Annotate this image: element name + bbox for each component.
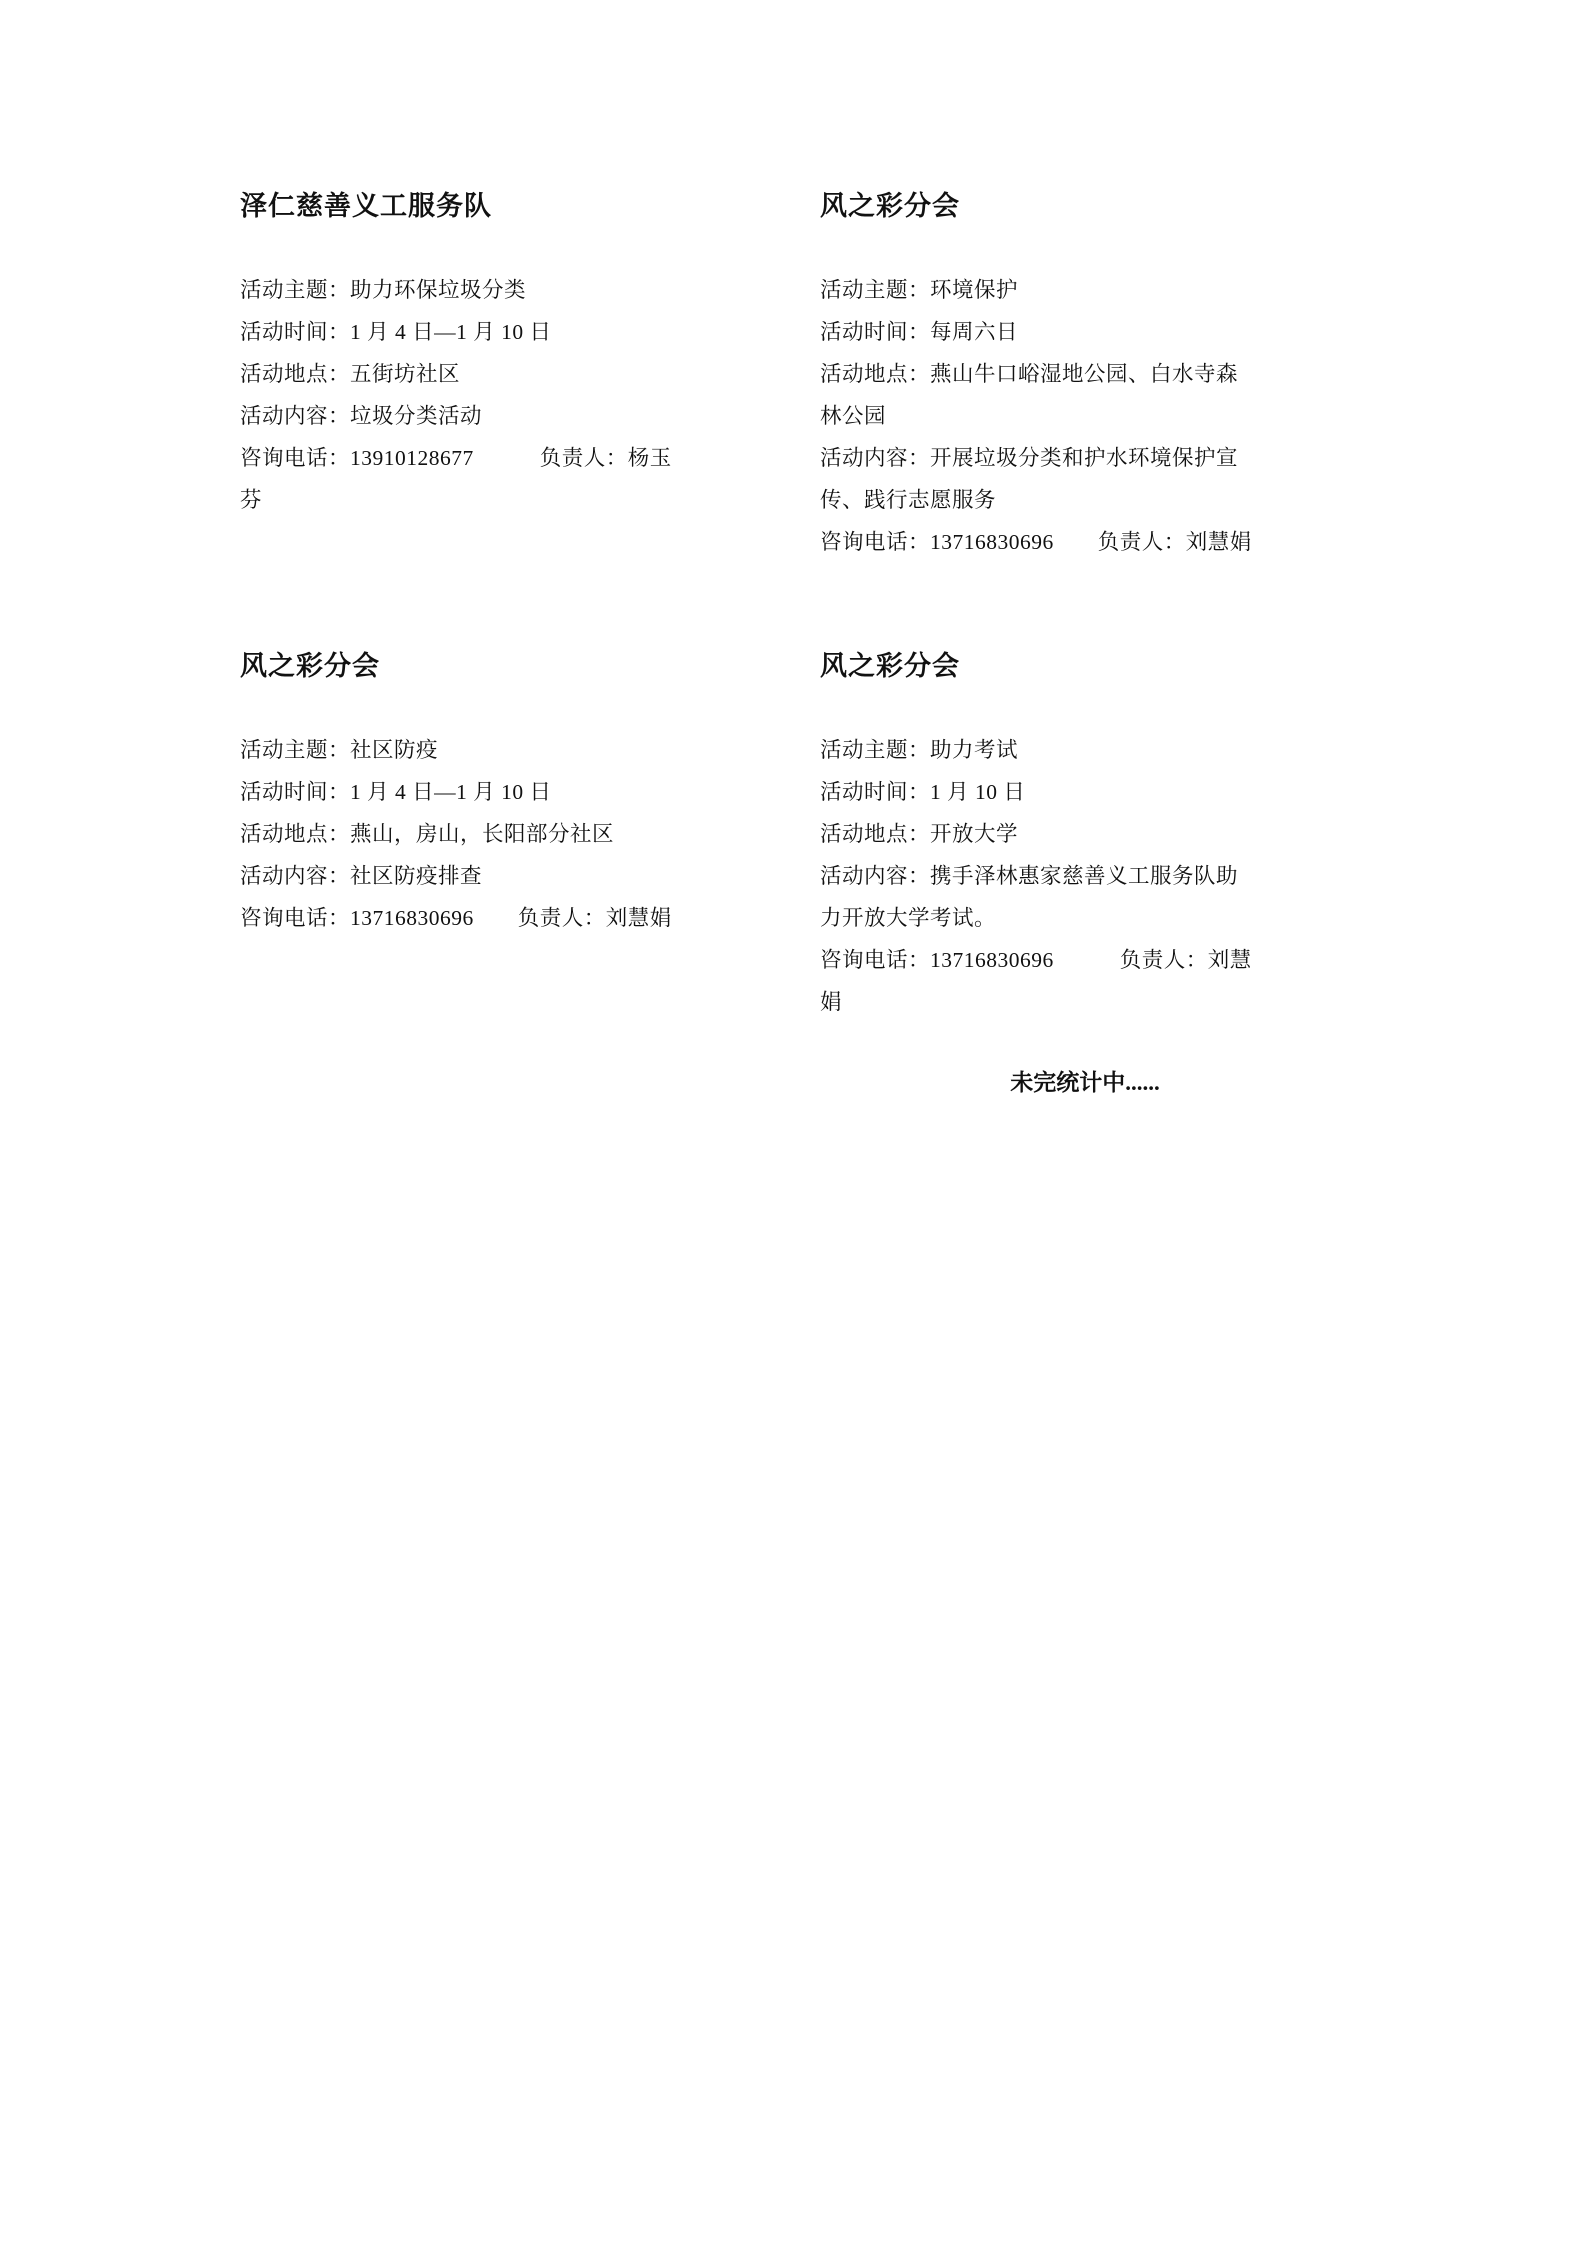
blank-line	[820, 227, 1355, 269]
section-line: 咨询电话：13910128677 负责人：杨玉	[240, 437, 785, 479]
section-line: 活动时间：1 月 10 日	[820, 771, 1355, 813]
section-line: 活动地点：五街坊社区	[240, 353, 785, 395]
section-heading: 风之彩分会	[820, 645, 1355, 687]
section-line: 活动时间：每周六日	[820, 311, 1355, 353]
section-line: 活动内容：社区防疫排查	[240, 855, 785, 897]
section-line: 活动主题：社区防疫	[240, 729, 785, 771]
activity-section-zeren: 泽仁慈善义工服务队 活动主题：助力环保垃圾分类 活动时间：1 月 4 日—1 月…	[240, 185, 785, 521]
section-line: 活动主题：助力考试	[820, 729, 1355, 771]
section-line: 芬	[240, 479, 785, 521]
section-line: 活动时间：1 月 4 日—1 月 10 日	[240, 311, 785, 353]
section-line: 传、践行志愿服务	[820, 479, 1355, 521]
blank-line	[240, 687, 785, 729]
activity-section-fengzhicai-2: 风之彩分会 活动主题：社区防疫 活动时间：1 月 4 日—1 月 10 日 活动…	[240, 645, 785, 939]
document-page: 泽仁慈善义工服务队 活动主题：助力环保垃圾分类 活动时间：1 月 4 日—1 月…	[0, 0, 1587, 2245]
footer-note: 未完统计中......	[820, 1062, 1350, 1104]
section-line: 活动内容：开展垃圾分类和护水环境保护宣	[820, 437, 1355, 479]
activity-section-fengzhicai-1: 风之彩分会 活动主题：环境保护 活动时间：每周六日 活动地点：燕山牛口峪湿地公园…	[820, 185, 1355, 563]
section-line: 咨询电话：13716830696 负责人：刘慧娟	[240, 897, 785, 939]
section-heading: 风之彩分会	[240, 645, 785, 687]
section-line: 林公园	[820, 395, 1355, 437]
section-line: 力开放大学考试。	[820, 897, 1355, 939]
section-line: 活动地点：开放大学	[820, 813, 1355, 855]
section-line: 活动主题：助力环保垃圾分类	[240, 269, 785, 311]
blank-line	[240, 227, 785, 269]
section-line: 活动地点：燕山牛口峪湿地公园、白水寺森	[820, 353, 1355, 395]
section-heading: 泽仁慈善义工服务队	[240, 185, 785, 227]
section-line: 活动内容：携手泽林惠家慈善义工服务队助	[820, 855, 1355, 897]
blank-line	[820, 687, 1355, 729]
activity-section-fengzhicai-3: 风之彩分会 活动主题：助力考试 活动时间：1 月 10 日 活动地点：开放大学 …	[820, 645, 1355, 1023]
section-line: 咨询电话：13716830696 负责人：刘慧娟	[820, 521, 1355, 563]
section-heading: 风之彩分会	[820, 185, 1355, 227]
section-line: 活动地点：燕山，房山，长阳部分社区	[240, 813, 785, 855]
section-line: 活动时间：1 月 4 日—1 月 10 日	[240, 771, 785, 813]
section-line: 活动内容：垃圾分类活动	[240, 395, 785, 437]
section-line: 咨询电话：13716830696 负责人：刘慧	[820, 939, 1355, 981]
section-line: 娟	[820, 981, 1355, 1023]
section-line: 活动主题：环境保护	[820, 269, 1355, 311]
